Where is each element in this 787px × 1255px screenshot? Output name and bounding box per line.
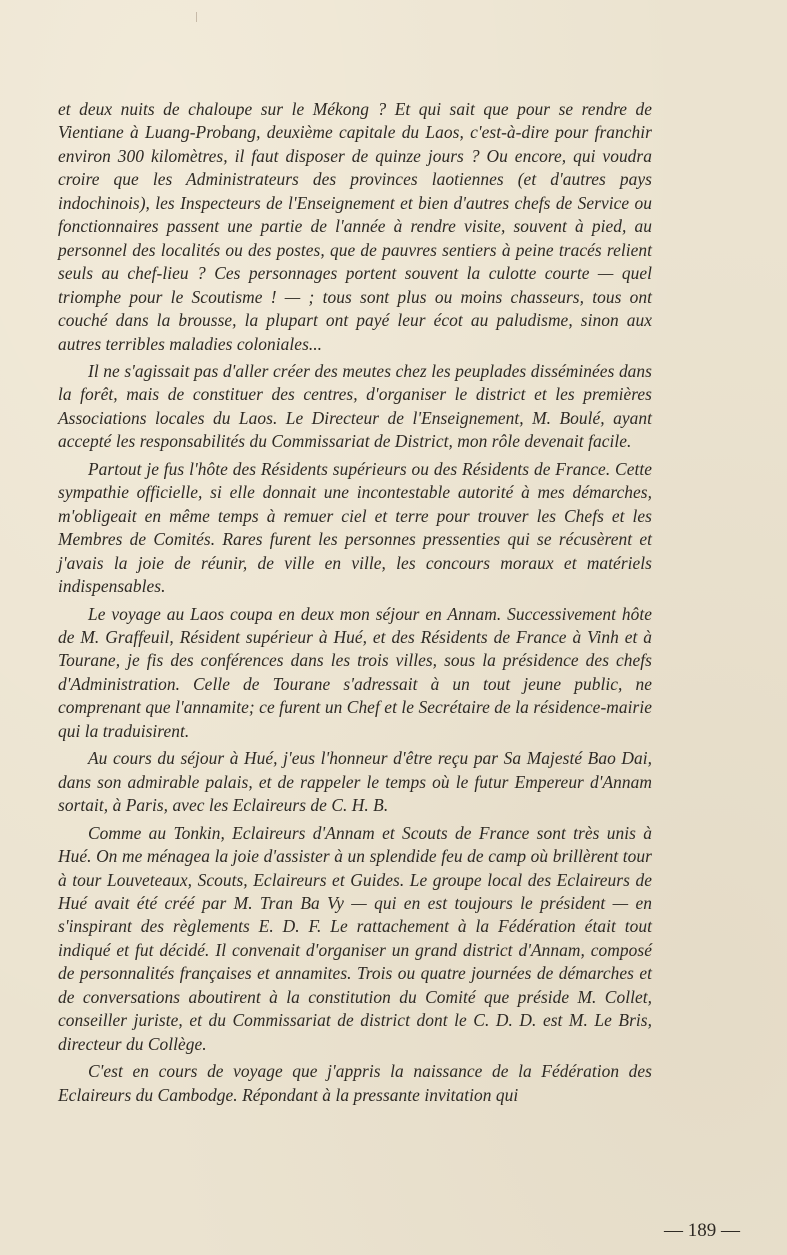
page-number: — 189 —	[664, 1220, 740, 1242]
paragraph-continuation: et deux nuits de chaloupe sur le Mékong …	[58, 98, 652, 356]
paragraph-laos-centres: Il ne s'agissait pas d'aller créer des m…	[58, 360, 652, 454]
paragraph-residents: Partout je fus l'hôte des Résidents supé…	[58, 458, 652, 599]
paragraph-hue-bao-dai: Au cours du séjour à Hué, j'eus l'honneu…	[58, 747, 652, 817]
paragraph-annam-voyage: Le voyage au Laos coupa en deux mon séjo…	[58, 603, 652, 744]
book-page: et deux nuits de chaloupe sur le Mékong …	[0, 0, 787, 1255]
paper-blemish	[196, 12, 197, 22]
paragraph-tonkin-hue-scouts: Comme au Tonkin, Eclaireurs d'Annam et S…	[58, 822, 652, 1057]
paragraph-cambodge: C'est en cours de voyage que j'appris la…	[58, 1060, 652, 1107]
body-text: et deux nuits de chaloupe sur le Mékong …	[58, 98, 652, 1107]
